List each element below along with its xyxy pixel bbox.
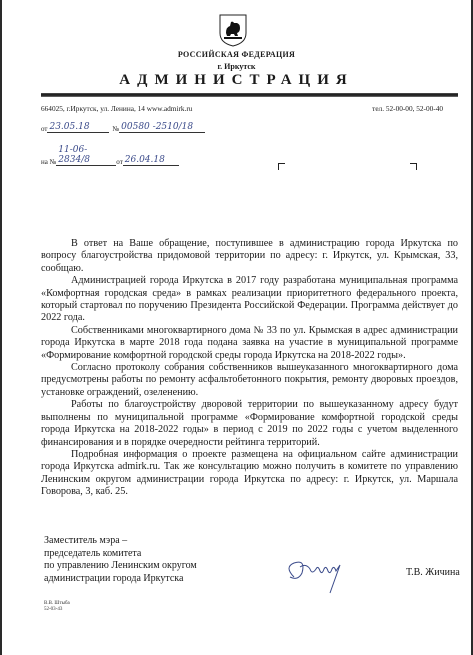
position-line: по управлению Ленинским округом bbox=[44, 560, 197, 573]
scan-edge-left bbox=[0, 0, 2, 655]
addressee-corner-mark bbox=[278, 163, 285, 170]
signer-position: Заместитель мэра – председатель комитета… bbox=[44, 535, 197, 585]
country-name: РОССИЙСКАЯ ФЕДЕРАЦИЯ bbox=[0, 50, 473, 59]
handwritten-signature-icon bbox=[280, 555, 350, 599]
header-divider bbox=[41, 93, 458, 97]
coat-of-arms-icon bbox=[218, 13, 248, 47]
postal-address: 664025, г.Иркутск, ул. Ленина, 14 www.ad… bbox=[41, 104, 192, 113]
position-line: Заместитель мэра – bbox=[44, 535, 197, 548]
outgoing-date: 23.05.18 bbox=[47, 122, 109, 133]
number-label: № bbox=[112, 125, 119, 133]
paragraph: Администрацией города Иркутска в 2017 го… bbox=[41, 275, 458, 325]
addressee-corner-mark bbox=[410, 163, 417, 170]
letter-body: В ответ на Ваше обращение, поступившее в… bbox=[41, 238, 458, 499]
reply-date: 26.04.18 bbox=[123, 155, 179, 166]
paragraph: Подробная информация о проекте размещена… bbox=[41, 449, 458, 499]
position-line: председатель комитета bbox=[44, 548, 197, 561]
executor-phone: 52-03-43 bbox=[44, 607, 70, 613]
paragraph: Согласно протоколу собрания собственнико… bbox=[41, 362, 458, 399]
phone-numbers: тел. 52-00-00, 52-00-40 bbox=[372, 104, 443, 113]
outgoing-registration: от 23.05.18 № 00580 -2510/18 bbox=[41, 122, 205, 133]
reply-number: 11-06-2834/8 bbox=[56, 145, 116, 166]
reply-label: на № bbox=[41, 158, 56, 166]
incoming-reference: на № 11-06-2834/8 от 26.04.18 bbox=[41, 145, 179, 166]
outgoing-number: 00580 -2510/18 bbox=[119, 122, 205, 133]
executor-info: В.В. Штыба 52-03-43 bbox=[44, 601, 70, 613]
signer-name: Т.В. Жичина bbox=[406, 567, 460, 578]
city-name: г. Иркутск bbox=[0, 62, 473, 71]
document-title: АДМИНИСТРАЦИЯ bbox=[0, 72, 473, 89]
paragraph: В ответ на Ваше обращение, поступившее в… bbox=[41, 238, 458, 275]
position-line: администрации города Иркутска bbox=[44, 573, 197, 586]
paragraph: Работы по благоустройству дворовой терри… bbox=[41, 399, 458, 449]
paragraph: Собственниками многоквартирного дома № 3… bbox=[41, 325, 458, 362]
